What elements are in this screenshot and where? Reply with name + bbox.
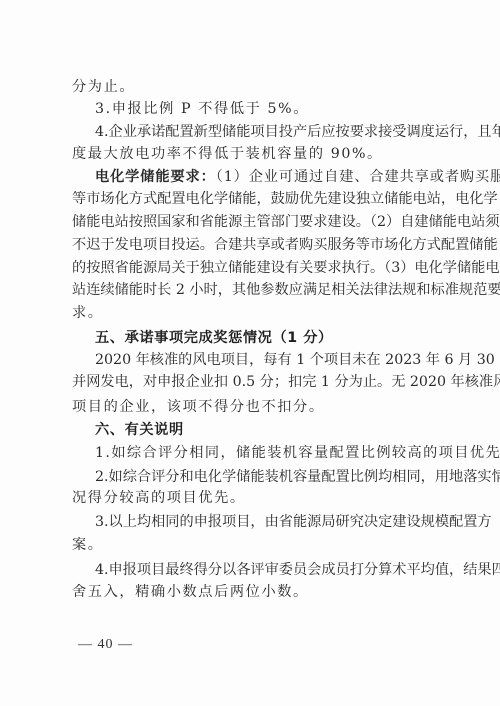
text-line: 3.申报比例 P 不得低于 5%。 (95, 98, 430, 120)
paragraph-electrochemical: 电化学储能要求：（1）企业可通过自建、合建共享或者购买服务 (95, 166, 430, 188)
text-line: 等市场化方式配置电化学储能，鼓励优先建设独立储能电站，电化学 (72, 188, 430, 210)
text-line: 的按照省能源局关于独立储能建设有关要求执行。（3）电化学储能电 (72, 257, 430, 279)
text-line: 并网发电，对申报企业扣 0.5 分；扣完 1 分为止。无 2020 年核准风电 (72, 371, 430, 393)
text-line: 度最大放电功率不得低于装机容量的 90%。 (72, 143, 430, 165)
text-line: 况得分较高的项目优先。 (72, 487, 430, 509)
text-line: 站连续储能时长 2 小时，其他参数应满足相关法律法规和标准规范要 (72, 279, 430, 301)
text-line: 舍五入，精确小数点后两位小数。 (72, 581, 430, 603)
section-heading-5: 五、承诺事项完成奖惩情况（1 分） (95, 327, 430, 349)
text-line: 2020 年核准的风电项目，每有 1 个项目未在 2023 年 6 月 30 日… (95, 349, 430, 371)
paragraph-lead-heading: 电化学储能要求： (95, 169, 216, 185)
text-line: 分为止。 (72, 76, 430, 98)
page-number: — 40 — (78, 634, 133, 656)
text-line: 4.企业承诺配置新型储能项目投产后应按要求接受调度运行，且年 (95, 121, 430, 143)
text-line: 不迟于发电项目投运。合建共享或者购买服务等市场化方式配置储能 (72, 234, 430, 256)
text-line: 2.如综合评分和电化学储能装机容量配置比例均相同，用地落实情 (95, 466, 430, 488)
text-span: （1）企业可通过自建、合建共享或者购买服务 (216, 169, 500, 185)
text-line: 4.申报项目最终得分以各评审委员会成员打分算术平均值，结果四 (95, 559, 430, 581)
document-page: 分为止。 3.申报比例 P 不得低于 5%。 4.企业承诺配置新型储能项目投产后… (0, 0, 500, 706)
text-line: 储能电站按照国家和省能源主管部门要求建设。（2）自建储能电站须 (72, 211, 430, 233)
text-line: 求。 (72, 302, 430, 324)
section-heading-6: 六、有关说明 (95, 419, 430, 441)
text-line: 案。 (72, 534, 430, 556)
text-line: 3.以上均相同的申报项目，由省能源局研究决定建设规模配置方 (95, 511, 430, 533)
text-line: 项目的企业，该项不得分也不扣分。 (72, 396, 430, 418)
text-line: 1.如综合评分相同，储能装机容量配置比例较高的项目优先。 (95, 442, 430, 464)
